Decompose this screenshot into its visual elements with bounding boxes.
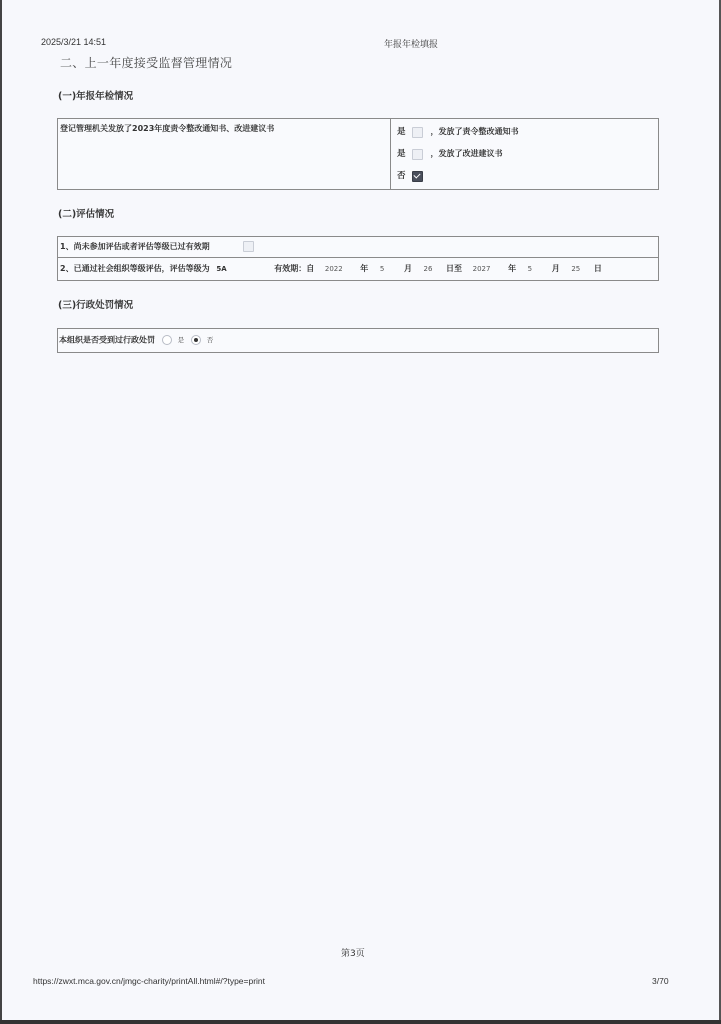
penalty-question: 本组织是否受到过行政处罚 [59, 336, 155, 345]
evaluated-label: 2、已通过社会组织等级评估，评估等级为 [60, 264, 210, 273]
option-rectification-notice: 是 ，发放了责令整改通知书 [397, 121, 652, 143]
to-day: 25 [571, 265, 580, 273]
penalty-row: 本组织是否受到过行政处罚 是 否 [58, 329, 659, 353]
to-year: 2027 [473, 265, 491, 273]
annual-inspection-table: 登记管理机关发放了2023年度责令整改通知书、改进建议书 是 ，发放了责令整改通… [57, 118, 659, 190]
page-count: 3/70 [652, 976, 669, 986]
option-no: 否 [397, 165, 652, 187]
evaluation-grade: 5A [216, 265, 226, 273]
section-title: 二、上一年度接受监督管理情况 [60, 54, 232, 71]
to-month: 5 [528, 265, 532, 273]
scan-edge-left [0, 0, 2, 1024]
option-prefix: 否 [397, 168, 406, 184]
annual-inspection-question: 登记管理机关发放了2023年度责令整改通知书、改进建议书 [58, 119, 391, 190]
print-url: https://zwxt.mca.gov.cn/jmgc-charity/pri… [33, 976, 265, 986]
from-day: 26 [424, 265, 433, 273]
option-prefix: 是 [397, 124, 406, 140]
page-number: 第3页 [341, 946, 365, 959]
from-year: 2022 [325, 265, 343, 273]
evaluation-heading: (二)评估情况 [58, 206, 114, 220]
no-checkbox-checked[interactable] [412, 171, 423, 182]
evaluation-row-2: 2、已通过社会组织等级评估，评估等级为 5A 有效期：自 2022 年 5 月 … [58, 258, 659, 281]
not-evaluated-checkbox[interactable] [243, 241, 254, 252]
not-evaluated-label: 1、尚未参加评估或者评估等级已过有效期 [60, 242, 210, 251]
option-label: ，发放了改进建议书 [431, 146, 503, 162]
annual-inspection-heading: (一)年报年检情况 [58, 88, 133, 102]
annual-inspection-options: 是 ，发放了责令整改通知书 是 ，发放了改进建议书 否 [391, 119, 659, 190]
penalty-table: 本组织是否受到过行政处罚 是 否 [57, 328, 659, 353]
from-month: 5 [380, 265, 384, 273]
option-prefix: 是 [397, 146, 406, 162]
scan-edge-bottom [0, 1020, 721, 1024]
year-unit: 年 [508, 264, 516, 273]
print-title: 年报年检填报 [384, 37, 438, 50]
option-label: ，发放了责令整改通知书 [431, 124, 519, 140]
evaluation-row-1: 1、尚未参加评估或者评估等级已过有效期 [58, 237, 659, 258]
improvement-advice-checkbox[interactable] [412, 149, 423, 160]
year-unit: 年 [360, 264, 368, 273]
day-unit: 日 [594, 264, 602, 273]
print-datetime: 2025/3/21 14:51 [41, 37, 106, 47]
penalty-yes-radio[interactable] [162, 335, 172, 345]
validity-label: 有效期：自 [274, 264, 314, 273]
month-unit: 月 [404, 264, 412, 273]
month-unit: 月 [552, 264, 560, 273]
penalty-yes-label: 是 [178, 336, 185, 344]
to-label: 日至 [446, 264, 462, 273]
evaluation-table: 1、尚未参加评估或者评估等级已过有效期 2、已通过社会组织等级评估，评估等级为 … [57, 236, 659, 281]
penalty-no-label: 否 [207, 336, 214, 344]
option-improvement-advice: 是 ，发放了改进建议书 [397, 143, 652, 165]
penalty-heading: (三)行政处罚情况 [58, 297, 133, 311]
penalty-no-radio-selected[interactable] [191, 335, 201, 345]
rectification-notice-checkbox[interactable] [412, 127, 423, 138]
